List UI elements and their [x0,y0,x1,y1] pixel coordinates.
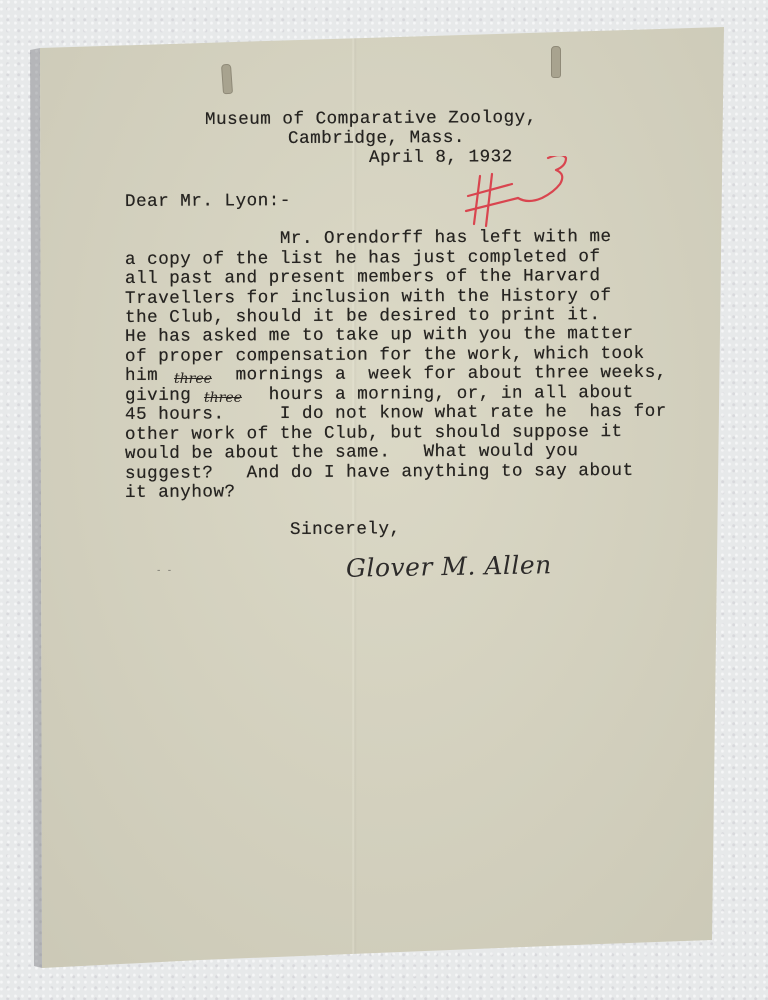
pencil-mark: - - [156,566,172,576]
body-line: it anyhow? [125,484,236,502]
closing: Sincerely, [290,521,401,539]
body-line: all past and present members of the Harv… [125,268,601,288]
red-number-annotation-icon [462,156,582,236]
handwritten-correction: three [174,371,212,387]
letterhead-institution: Museum of Comparative Zoology, [205,110,537,130]
staple-hole-right [551,46,561,78]
staple-hole-left [221,64,233,95]
body-line: suggest? And do I have anything to say a… [125,463,634,484]
handwritten-correction: three [204,390,242,406]
body-line: would be about the same. What would you [125,443,578,463]
signature: Glover M. Allen [346,550,552,583]
letterhead-location: Cambridge, Mass. [288,130,465,149]
salutation: Dear Mr. Lyon:- [125,193,291,212]
